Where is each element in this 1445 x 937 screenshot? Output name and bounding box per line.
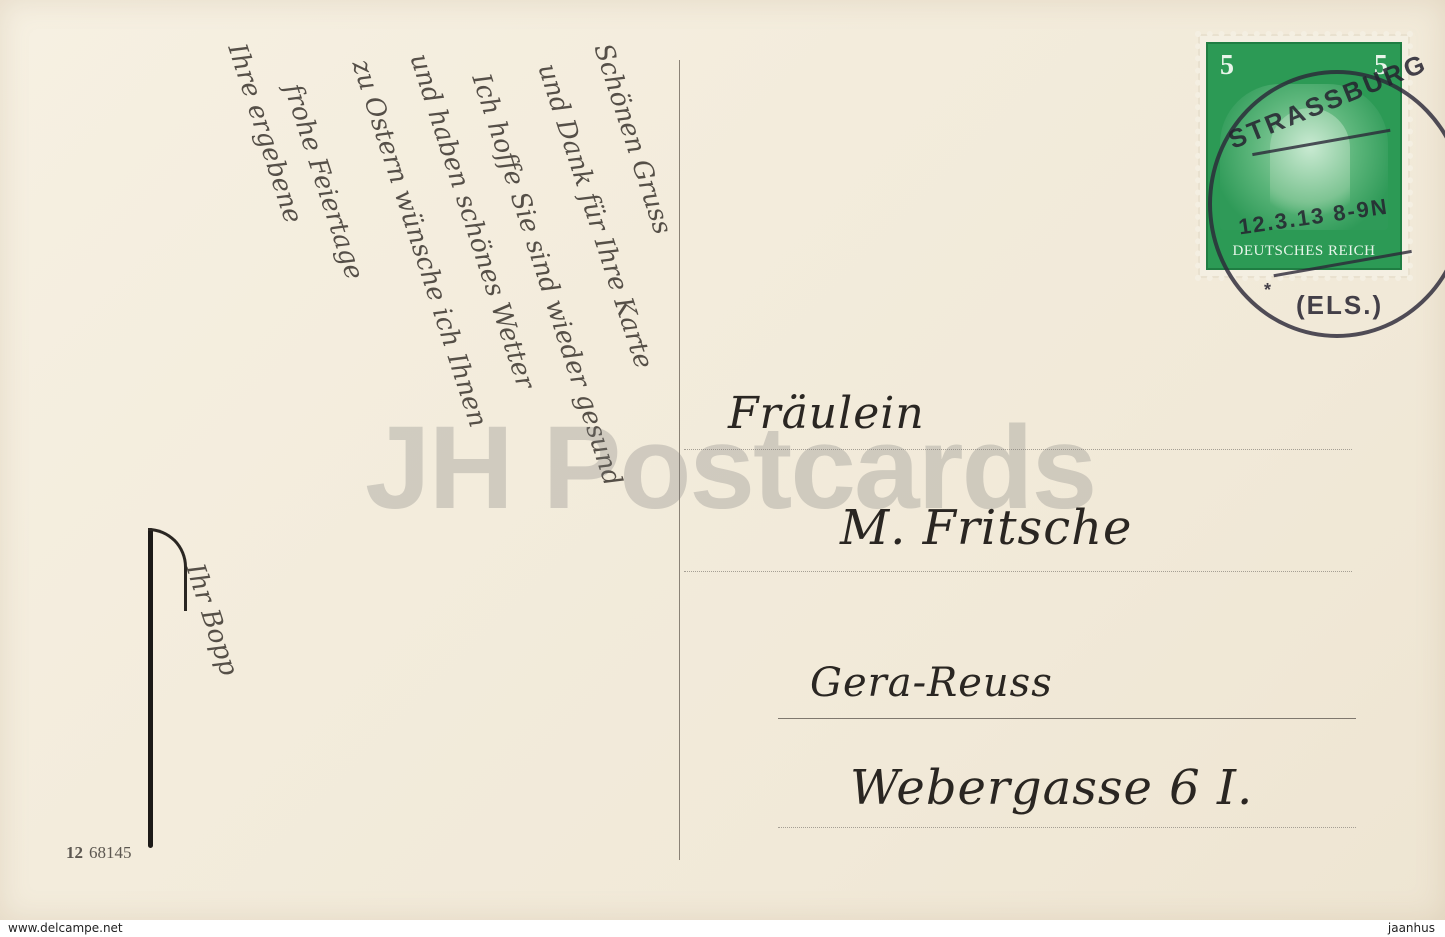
seller-label: jaanhus <box>1388 921 1435 935</box>
source-site-label: www.delcampe.net <box>8 921 123 935</box>
postmark-star-icon: * <box>1264 280 1271 301</box>
address-line-4 <box>778 827 1356 828</box>
watermark: JH Postcards <box>365 400 1095 536</box>
postmark-region: (ELS.) <box>1296 290 1383 321</box>
pen-curve <box>148 528 187 611</box>
address-line-3 <box>778 718 1356 719</box>
recipient-street: Webergasse 6 I. <box>850 760 1253 816</box>
stamp-value-left: 5 <box>1220 50 1234 82</box>
address-line-2 <box>684 571 1352 572</box>
signature: Ihr Bopp <box>179 560 243 679</box>
print-number: 1268145 <box>66 843 132 863</box>
recipient-city: Gera-Reuss <box>810 660 1053 706</box>
postcard-back: Fräulein M. Fritsche Gera-Reuss Webergas… <box>0 0 1445 920</box>
